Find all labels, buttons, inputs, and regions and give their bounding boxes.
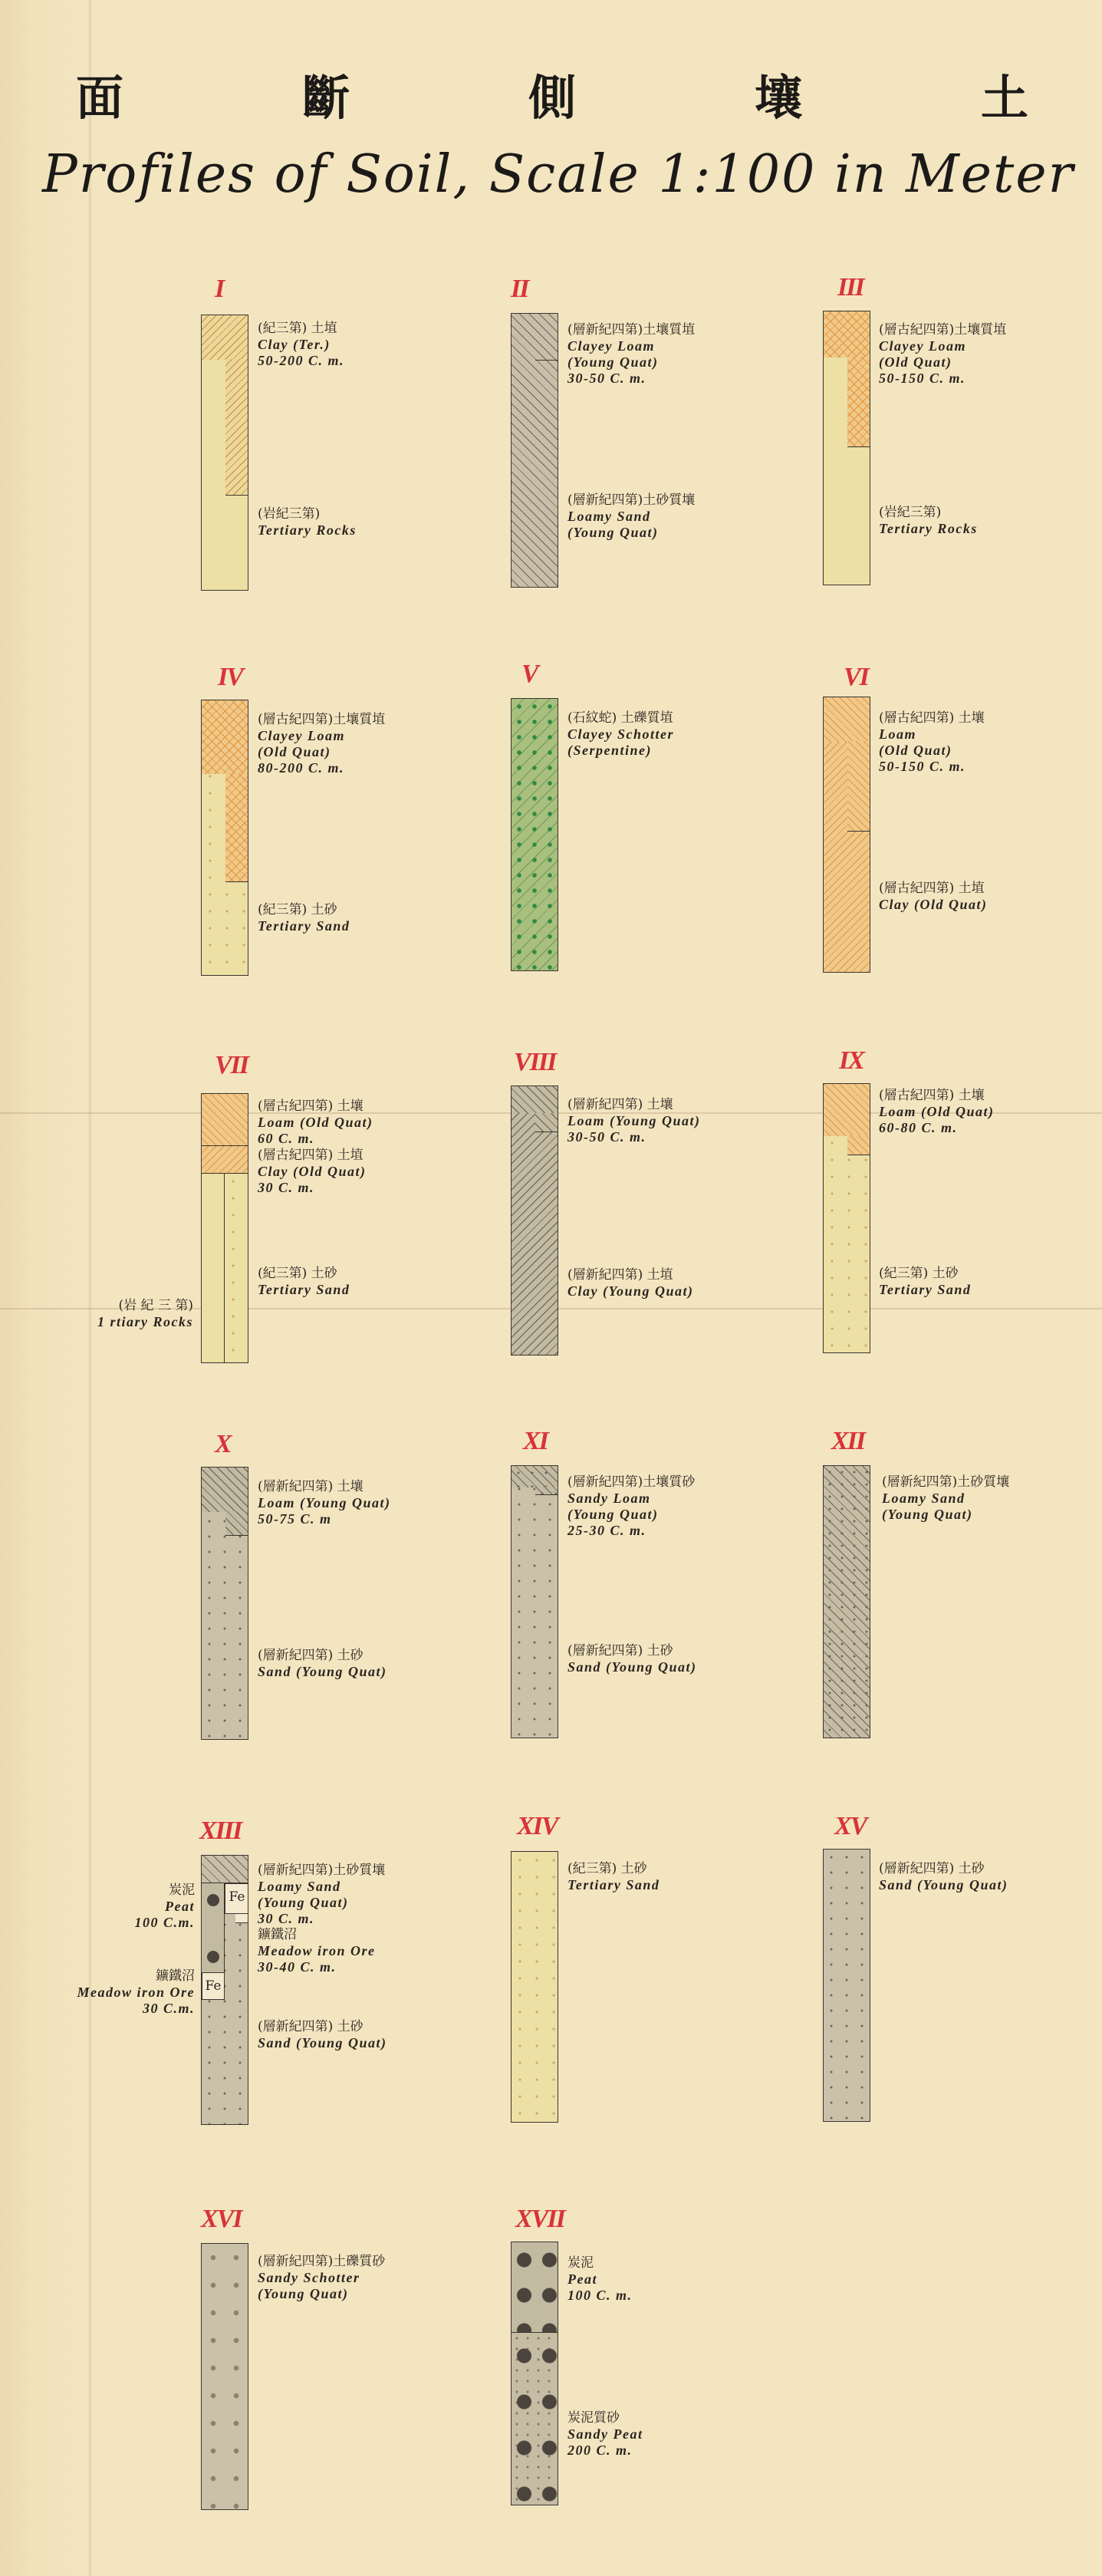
layer-peat <box>202 1883 225 1972</box>
profile-numeral: XV <box>834 1812 866 1841</box>
layer-clayey-loam <box>512 314 558 340</box>
left-layer-label-iron-ore: 鑛鐵沼 Meadow iron Ore 30 C.m. <box>77 1968 195 2017</box>
profile-II: II (層新紀四第)土壤質埴 Clayey Loam (Young Quat) … <box>506 276 813 629</box>
layer-sandy-loam-young-step <box>535 1487 558 1495</box>
soil-column <box>511 2242 558 2505</box>
layer-label: (層古紀四第) 土埴 Clay (Old Quat) 30 C. m. <box>258 1148 367 1196</box>
left-layer-label: (岩 紀 三 第) 1 rtiary Rocks <box>97 1298 193 1330</box>
layer-sandy-schotter-young <box>202 2244 248 2510</box>
soil-column <box>201 2243 248 2510</box>
layer-label: (層新紀四第) 土砂 Sand (Young Quat) <box>879 1861 1008 1893</box>
layer-label: (層新紀四第)土砂質壤 Loamy Sand (Young Quat) <box>882 1474 1009 1523</box>
profile-numeral: XVII <box>515 2205 564 2234</box>
profile-IV: IV (層古紀四第)土壤質埴 Clayey Loam (Old Quat) 80… <box>184 660 491 1013</box>
layer-label: (岩紀三第) Tertiary Rocks <box>879 505 978 537</box>
layer-tertiary-rocks <box>202 1173 225 1363</box>
profile-XIV: XIV (紀三第) 土砂 Tertiary Sand <box>506 1810 813 2163</box>
soil-column <box>201 700 248 976</box>
soil-column <box>511 698 558 971</box>
layer-clayey-loam-step <box>535 339 558 361</box>
layer-label: (層新紀四第) 土砂 Sand (Young Quat) <box>258 2019 387 2051</box>
layer-clay-tertiary <box>202 315 248 360</box>
soil-column <box>823 1465 870 1738</box>
layer-sand-young <box>824 1850 870 2122</box>
soil-column: Fe Fe <box>201 1855 248 2125</box>
profile-VIII: VIII (層新紀四第) 土壤 Loam (Young Quat) 30-50 … <box>506 1051 813 1404</box>
profile-numeral: XVI <box>201 2205 242 2234</box>
layer-label: (層古紀四第) 土埴 Clay (Old Quat) <box>879 881 988 913</box>
soil-column <box>511 1851 558 2123</box>
soil-column <box>511 313 558 588</box>
layer-loam-young <box>202 1468 248 1512</box>
layer-label: (岩紀三第) Tertiary Rocks <box>258 506 357 539</box>
profile-numeral: VI <box>844 663 868 692</box>
iron-ore-symbol: Fe <box>202 1972 225 2000</box>
profile-numeral: XIII <box>199 1817 241 1846</box>
iron-ore-symbol: Fe <box>225 1883 248 1914</box>
layer-loamy-sand-young <box>824 1466 870 1738</box>
profile-numeral: XII <box>831 1427 864 1456</box>
layer-clayey-loam-old <box>202 700 248 774</box>
title-char: 壤 <box>740 60 817 128</box>
layer-label: (層新紀四第)土砂質壤 Loamy Sand (Young Quat) 30 C… <box>258 1863 385 1975</box>
soil-column <box>201 1467 248 1740</box>
layer-clay-tertiary-tongue <box>225 359 248 496</box>
layer-label: (紀三第) 土砂 Tertiary Sand <box>567 1861 660 1893</box>
profile-numeral: V <box>521 660 538 689</box>
layer-label: 炭泥質砂 Sandy Peat 200 C. m. <box>567 2410 643 2459</box>
layer-loamy-sand-young <box>202 1856 248 1883</box>
soil-column <box>201 1093 248 1363</box>
soil-column <box>511 1085 558 1356</box>
layer-label: (層新紀四第)土砂質壤 Loamy Sand (Young Quat) <box>567 492 695 541</box>
profile-V: V (石紋蛇) 土礫質埴 Clayey Schotter (Serpentine… <box>506 660 813 1013</box>
layer-sand-young <box>512 1466 558 1738</box>
peat-symbol-icon <box>207 1894 219 1906</box>
title-char: 斷 <box>288 60 364 128</box>
profile-III: III (層古紀四第)土壤質埴 Clayey Loam (Old Quat) 5… <box>821 276 1102 629</box>
layer-label: (層新紀四第) 土壤 Loam (Young Quat) 50-75 C. m <box>258 1479 391 1527</box>
soil-column <box>823 311 870 585</box>
layer-sandy-loam-young <box>512 1466 558 1487</box>
layer-label: (紀三第) 土埴 Clay (Ter.) 50-200 C. m. <box>258 321 344 369</box>
layer-label: (紀三第) 土砂 Tertiary Sand <box>258 902 350 934</box>
layer-loam-old <box>824 1084 870 1136</box>
layer-clayey-schotter-serpentine <box>512 699 558 971</box>
layer-loam-old <box>202 1094 248 1146</box>
profile-numeral: XIV <box>517 1812 558 1841</box>
layer-loam-old-step <box>847 1135 870 1155</box>
profile-numeral: IV <box>218 663 242 692</box>
profile-numeral: I <box>215 275 223 304</box>
title-char: 面 <box>61 60 138 128</box>
profile-XV: XV (層新紀四第) 土砂 Sand (Young Quat) <box>821 1810 1102 2163</box>
layer-label: (層古紀四第)土壤質埴 Clayey Loam (Old Quat) 50-15… <box>879 322 1006 387</box>
profile-numeral: IX <box>839 1046 864 1076</box>
profile-numeral: VIII <box>514 1048 555 1077</box>
left-layer-label-peat: 炭泥 Peat 100 C.m. <box>134 1883 195 1931</box>
layer-loam-young-step <box>225 1511 248 1536</box>
layer-loam-old <box>824 697 870 742</box>
title-char: 土 <box>966 60 1043 128</box>
layer-clayey-loam-old <box>824 311 870 357</box>
layer-label: (層新紀四第) 土壤 Loam (Young Quat) 30-50 C. m. <box>567 1097 701 1145</box>
chinese-title: 面 斷 側 壤 土 <box>61 60 1043 128</box>
profile-XII: XII (層新紀四第)土砂質壤 Loamy Sand (Young Quat) <box>821 1427 1102 1780</box>
english-title: Profiles of Soil, Scale 1:100 in Meter <box>42 144 1062 205</box>
layer-label: (層古紀四第) 土壤 Loam (Old Quat) 50-150 C. m. <box>879 710 985 775</box>
profile-VI: VI (層古紀四第) 土壤 Loam (Old Quat) 50-150 C. … <box>821 660 1102 1013</box>
layer-label: (層新紀四第) 土砂 Sand (Young Quat) <box>567 1643 697 1675</box>
profile-XIII: XIII Fe Fe (層新紀四第)土砂質壤 Loamy Sand (Young… <box>184 1810 491 2163</box>
layer-label: (層古紀四第)土壤質埴 Clayey Loam (Old Quat) 80-20… <box>258 712 385 776</box>
layer-loam-young <box>512 1086 558 1114</box>
layer-clay-old <box>202 1146 248 1174</box>
layer-label: (石紋蛇) 土礫質埴 Clayey Schotter (Serpentine) <box>567 710 674 759</box>
soil-column <box>823 697 870 973</box>
layer-label: (層新紀四第) 土埴 Clay (Young Quat) <box>567 1267 694 1300</box>
layer-iron-ore-step <box>235 1914 248 1923</box>
profile-XVII: XVII 炭泥 Peat 100 C. m. 炭泥質砂 Sandy Peat 2… <box>506 2194 813 2547</box>
profile-X: X (層新紀四第) 土壤 Loam (Young Quat) 50-75 C. … <box>184 1427 491 1780</box>
soil-column <box>823 1083 870 1353</box>
peat-symbol-icon <box>207 1951 219 1963</box>
profile-numeral: VII <box>215 1051 248 1080</box>
layer-label: (層古紀四第) 土壤 Loam (Old Quat) 60-80 C. m. <box>879 1088 995 1136</box>
layer-label: (層古紀四第) 土壤 Loam (Old Quat) 60 C. m. <box>258 1099 373 1147</box>
layer-label: (層新紀四第)土壤質砂 Sandy Loam (Young Quat) 25-3… <box>567 1474 695 1539</box>
profile-numeral: XI <box>523 1427 548 1456</box>
profile-XVI: XVI (層新紀四第)土礫質砂 Sandy Schotter (Young Qu… <box>184 2194 491 2547</box>
layer-loam-old-tongue <box>847 741 870 832</box>
title-char: 側 <box>514 60 590 128</box>
profile-numeral: X <box>215 1430 231 1459</box>
layer-label: (層新紀四第) 土砂 Sand (Young Quat) <box>258 1648 387 1680</box>
soil-column <box>511 1465 558 1738</box>
layer-label: (層新紀四第)土礫質砂 Sandy Schotter (Young Quat) <box>258 2254 385 2302</box>
layer-label: 炭泥 Peat 100 C. m. <box>567 2255 633 2304</box>
soil-column <box>823 1849 870 2122</box>
layer-tertiary-sand <box>225 1173 248 1363</box>
layer-clayey-loam-old-tongue <box>225 773 248 882</box>
layer-clayey-loam-old-tongue <box>847 357 870 447</box>
soil-column <box>201 315 248 591</box>
profile-IX: IX (層古紀四第) 土壤 Loam (Old Quat) 60-80 C. m… <box>821 1051 1102 1404</box>
layer-label: (紀三第) 土砂 Tertiary Sand <box>258 1266 350 1298</box>
profile-VII: VII (層古紀四第) 土壤 Loam (Old Quat) 60 C. m. … <box>184 1051 491 1404</box>
layer-peat <box>512 2242 558 2333</box>
profile-numeral: III <box>837 273 864 302</box>
layer-label: (紀三第) 土砂 Tertiary Sand <box>879 1266 971 1298</box>
layer-loam-young-step <box>535 1113 558 1132</box>
layer-label: (層新紀四第)土壤質埴 Clayey Loam (Young Quat) 30-… <box>567 322 695 387</box>
layer-sandy-peat <box>512 2333 558 2505</box>
profile-numeral: II <box>511 275 528 304</box>
profile-XI: XI (層新紀四第)土壤質砂 Sandy Loam (Young Quat) 2… <box>506 1427 813 1780</box>
layer-tertiary-sand <box>512 1852 558 2123</box>
profile-I: I (紀三第) 土埴 Clay (Ter.) 50-200 C. m. (岩紀三… <box>184 276 491 629</box>
